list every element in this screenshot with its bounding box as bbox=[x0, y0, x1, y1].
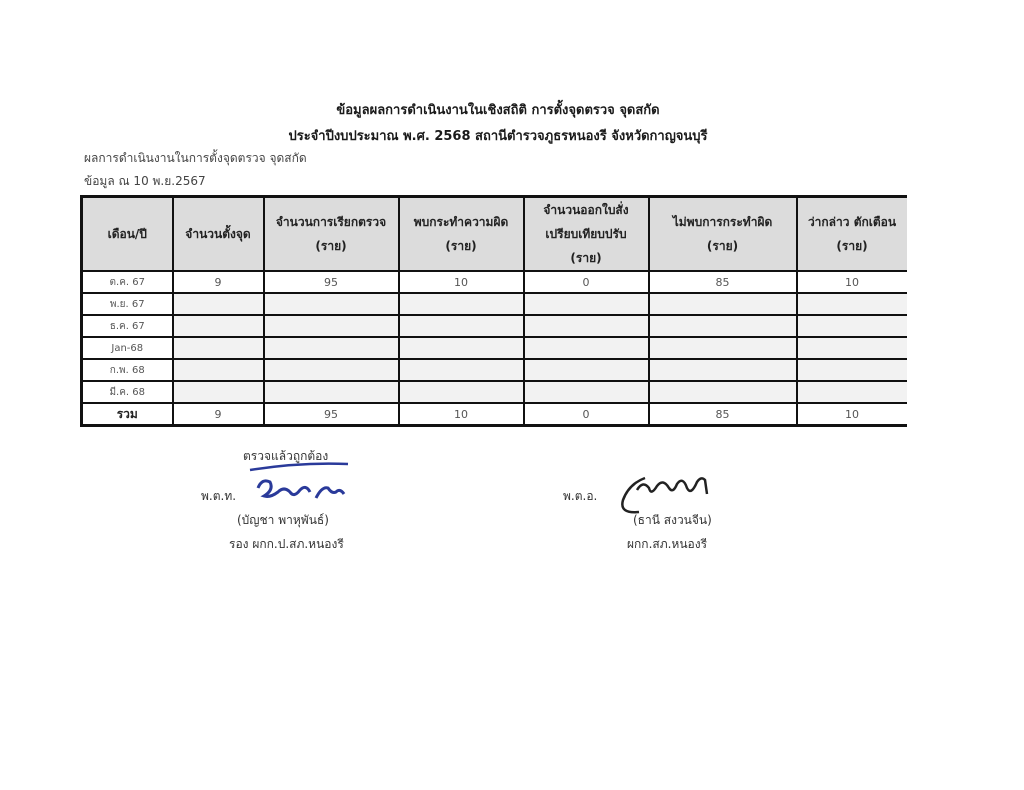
value-cell bbox=[797, 337, 907, 359]
value-cell: 10 bbox=[797, 271, 907, 293]
right-signer-name: (ธานี สงวนจีน) bbox=[633, 511, 712, 530]
left-signer-name: (บัญชา พาหุพันธ์) bbox=[237, 511, 329, 530]
value-cell bbox=[264, 381, 399, 403]
section-label: ผลการดำเนินงานในการตั้งจุดตรวจ จุดสกัด bbox=[84, 149, 307, 168]
value-cell: 9 bbox=[173, 403, 264, 426]
value-cell bbox=[797, 315, 907, 337]
column-header-line: (ราย) bbox=[265, 234, 398, 258]
value-cell: 95 bbox=[264, 271, 399, 293]
month-cell: ธ.ค. 67 bbox=[82, 315, 173, 337]
table-row: พ.ย. 67 bbox=[82, 293, 907, 315]
value-cell: 10 bbox=[399, 271, 524, 293]
left-signer-position: รอง ผกก.ป.สภ.หนองรี bbox=[229, 535, 344, 554]
month-cell: Jan-68 bbox=[82, 337, 173, 359]
value-cell bbox=[797, 381, 907, 403]
value-cell: 95 bbox=[264, 403, 399, 426]
total-row: รวม9951008510 bbox=[82, 403, 907, 426]
value-cell bbox=[399, 337, 524, 359]
data-as-of-date: ข้อมูล ณ 10 พ.ย.2567 bbox=[84, 172, 206, 191]
value-cell bbox=[173, 359, 264, 381]
value-cell: 0 bbox=[524, 271, 649, 293]
value-cell: 10 bbox=[399, 403, 524, 426]
column-header-line: จำนวนออกใบสั่ง bbox=[525, 198, 648, 222]
value-cell bbox=[173, 381, 264, 403]
right-signer-position: ผกก.สภ.หนองรี bbox=[627, 535, 707, 554]
value-cell: 9 bbox=[173, 271, 264, 293]
value-cell bbox=[649, 381, 797, 403]
column-header-line: (ราย) bbox=[525, 246, 648, 270]
value-cell bbox=[399, 359, 524, 381]
value-cell bbox=[524, 381, 649, 403]
total-label: รวม bbox=[82, 403, 173, 426]
column-header-line: (ราย) bbox=[650, 234, 796, 258]
value-cell bbox=[649, 315, 797, 337]
value-cell bbox=[797, 293, 907, 315]
column-header-line: ไม่พบการกระทำผิด bbox=[650, 210, 796, 234]
value-cell: 85 bbox=[649, 271, 797, 293]
column-header: ว่ากล่าว ตักเตือน(ราย) bbox=[797, 197, 907, 272]
value-cell: 10 bbox=[797, 403, 907, 426]
value-cell bbox=[649, 359, 797, 381]
column-header-line: (ราย) bbox=[798, 234, 907, 258]
value-cell: 85 bbox=[649, 403, 797, 426]
month-cell: มี.ค. 68 bbox=[82, 381, 173, 403]
column-header-line: จำนวนตั้งจุด bbox=[174, 222, 263, 246]
value-cell bbox=[264, 293, 399, 315]
table-row: ก.พ. 68 bbox=[82, 359, 907, 381]
document-subtitle-fiscal-year: ประจำปีงบประมาณ พ.ศ. 2568 สถานีตำรวจภูธร… bbox=[0, 125, 1010, 146]
value-cell bbox=[524, 359, 649, 381]
table-row: Jan-68 bbox=[82, 337, 907, 359]
value-cell bbox=[524, 293, 649, 315]
column-header-line: เดือน/ปี bbox=[83, 222, 172, 246]
table-row: ธ.ค. 67 bbox=[82, 315, 907, 337]
value-cell bbox=[264, 359, 399, 381]
table-row: ต.ค. 679951008510 bbox=[82, 271, 907, 293]
value-cell bbox=[524, 315, 649, 337]
value-cell bbox=[264, 315, 399, 337]
value-cell bbox=[173, 337, 264, 359]
document-title: ข้อมูลผลการดำเนินงานในเชิงสถิติ การตั้งจ… bbox=[0, 99, 1010, 120]
value-cell bbox=[399, 381, 524, 403]
value-cell bbox=[173, 315, 264, 337]
checkpoint-statistics-table: เดือน/ปีจำนวนตั้งจุดจำนวนการเรียกตรวจ(รา… bbox=[80, 195, 907, 427]
value-cell: 0 bbox=[524, 403, 649, 426]
column-header: จำนวนตั้งจุด bbox=[173, 197, 264, 272]
month-cell: ก.พ. 68 bbox=[82, 359, 173, 381]
column-header: เดือน/ปี bbox=[82, 197, 173, 272]
value-cell bbox=[173, 293, 264, 315]
table-header-row: เดือน/ปีจำนวนตั้งจุดจำนวนการเรียกตรวจ(รา… bbox=[82, 197, 907, 272]
column-header-line: (ราย) bbox=[400, 234, 523, 258]
month-cell: ต.ค. 67 bbox=[82, 271, 173, 293]
table-row: มี.ค. 68 bbox=[82, 381, 907, 403]
left-rank: พ.ต.ท. bbox=[201, 487, 236, 506]
month-cell: พ.ย. 67 bbox=[82, 293, 173, 315]
column-header-line: จำนวนการเรียกตรวจ bbox=[265, 210, 398, 234]
column-header-line: พบกระทำความผิด bbox=[400, 210, 523, 234]
column-header-line: ว่ากล่าว ตักเตือน bbox=[798, 210, 907, 234]
column-header: จำนวนออกใบสั่งเปรียบเทียบปรับ(ราย) bbox=[524, 197, 649, 272]
value-cell bbox=[649, 337, 797, 359]
value-cell bbox=[399, 315, 524, 337]
value-cell bbox=[649, 293, 797, 315]
value-cell bbox=[797, 359, 907, 381]
column-header: พบกระทำความผิด(ราย) bbox=[399, 197, 524, 272]
value-cell bbox=[399, 293, 524, 315]
column-header: ไม่พบการกระทำผิด(ราย) bbox=[649, 197, 797, 272]
column-header: จำนวนการเรียกตรวจ(ราย) bbox=[264, 197, 399, 272]
value-cell bbox=[524, 337, 649, 359]
left-signature-icon bbox=[240, 458, 355, 508]
column-header-line: เปรียบเทียบปรับ bbox=[525, 222, 648, 246]
right-rank: พ.ต.อ. bbox=[563, 487, 597, 506]
value-cell bbox=[264, 337, 399, 359]
